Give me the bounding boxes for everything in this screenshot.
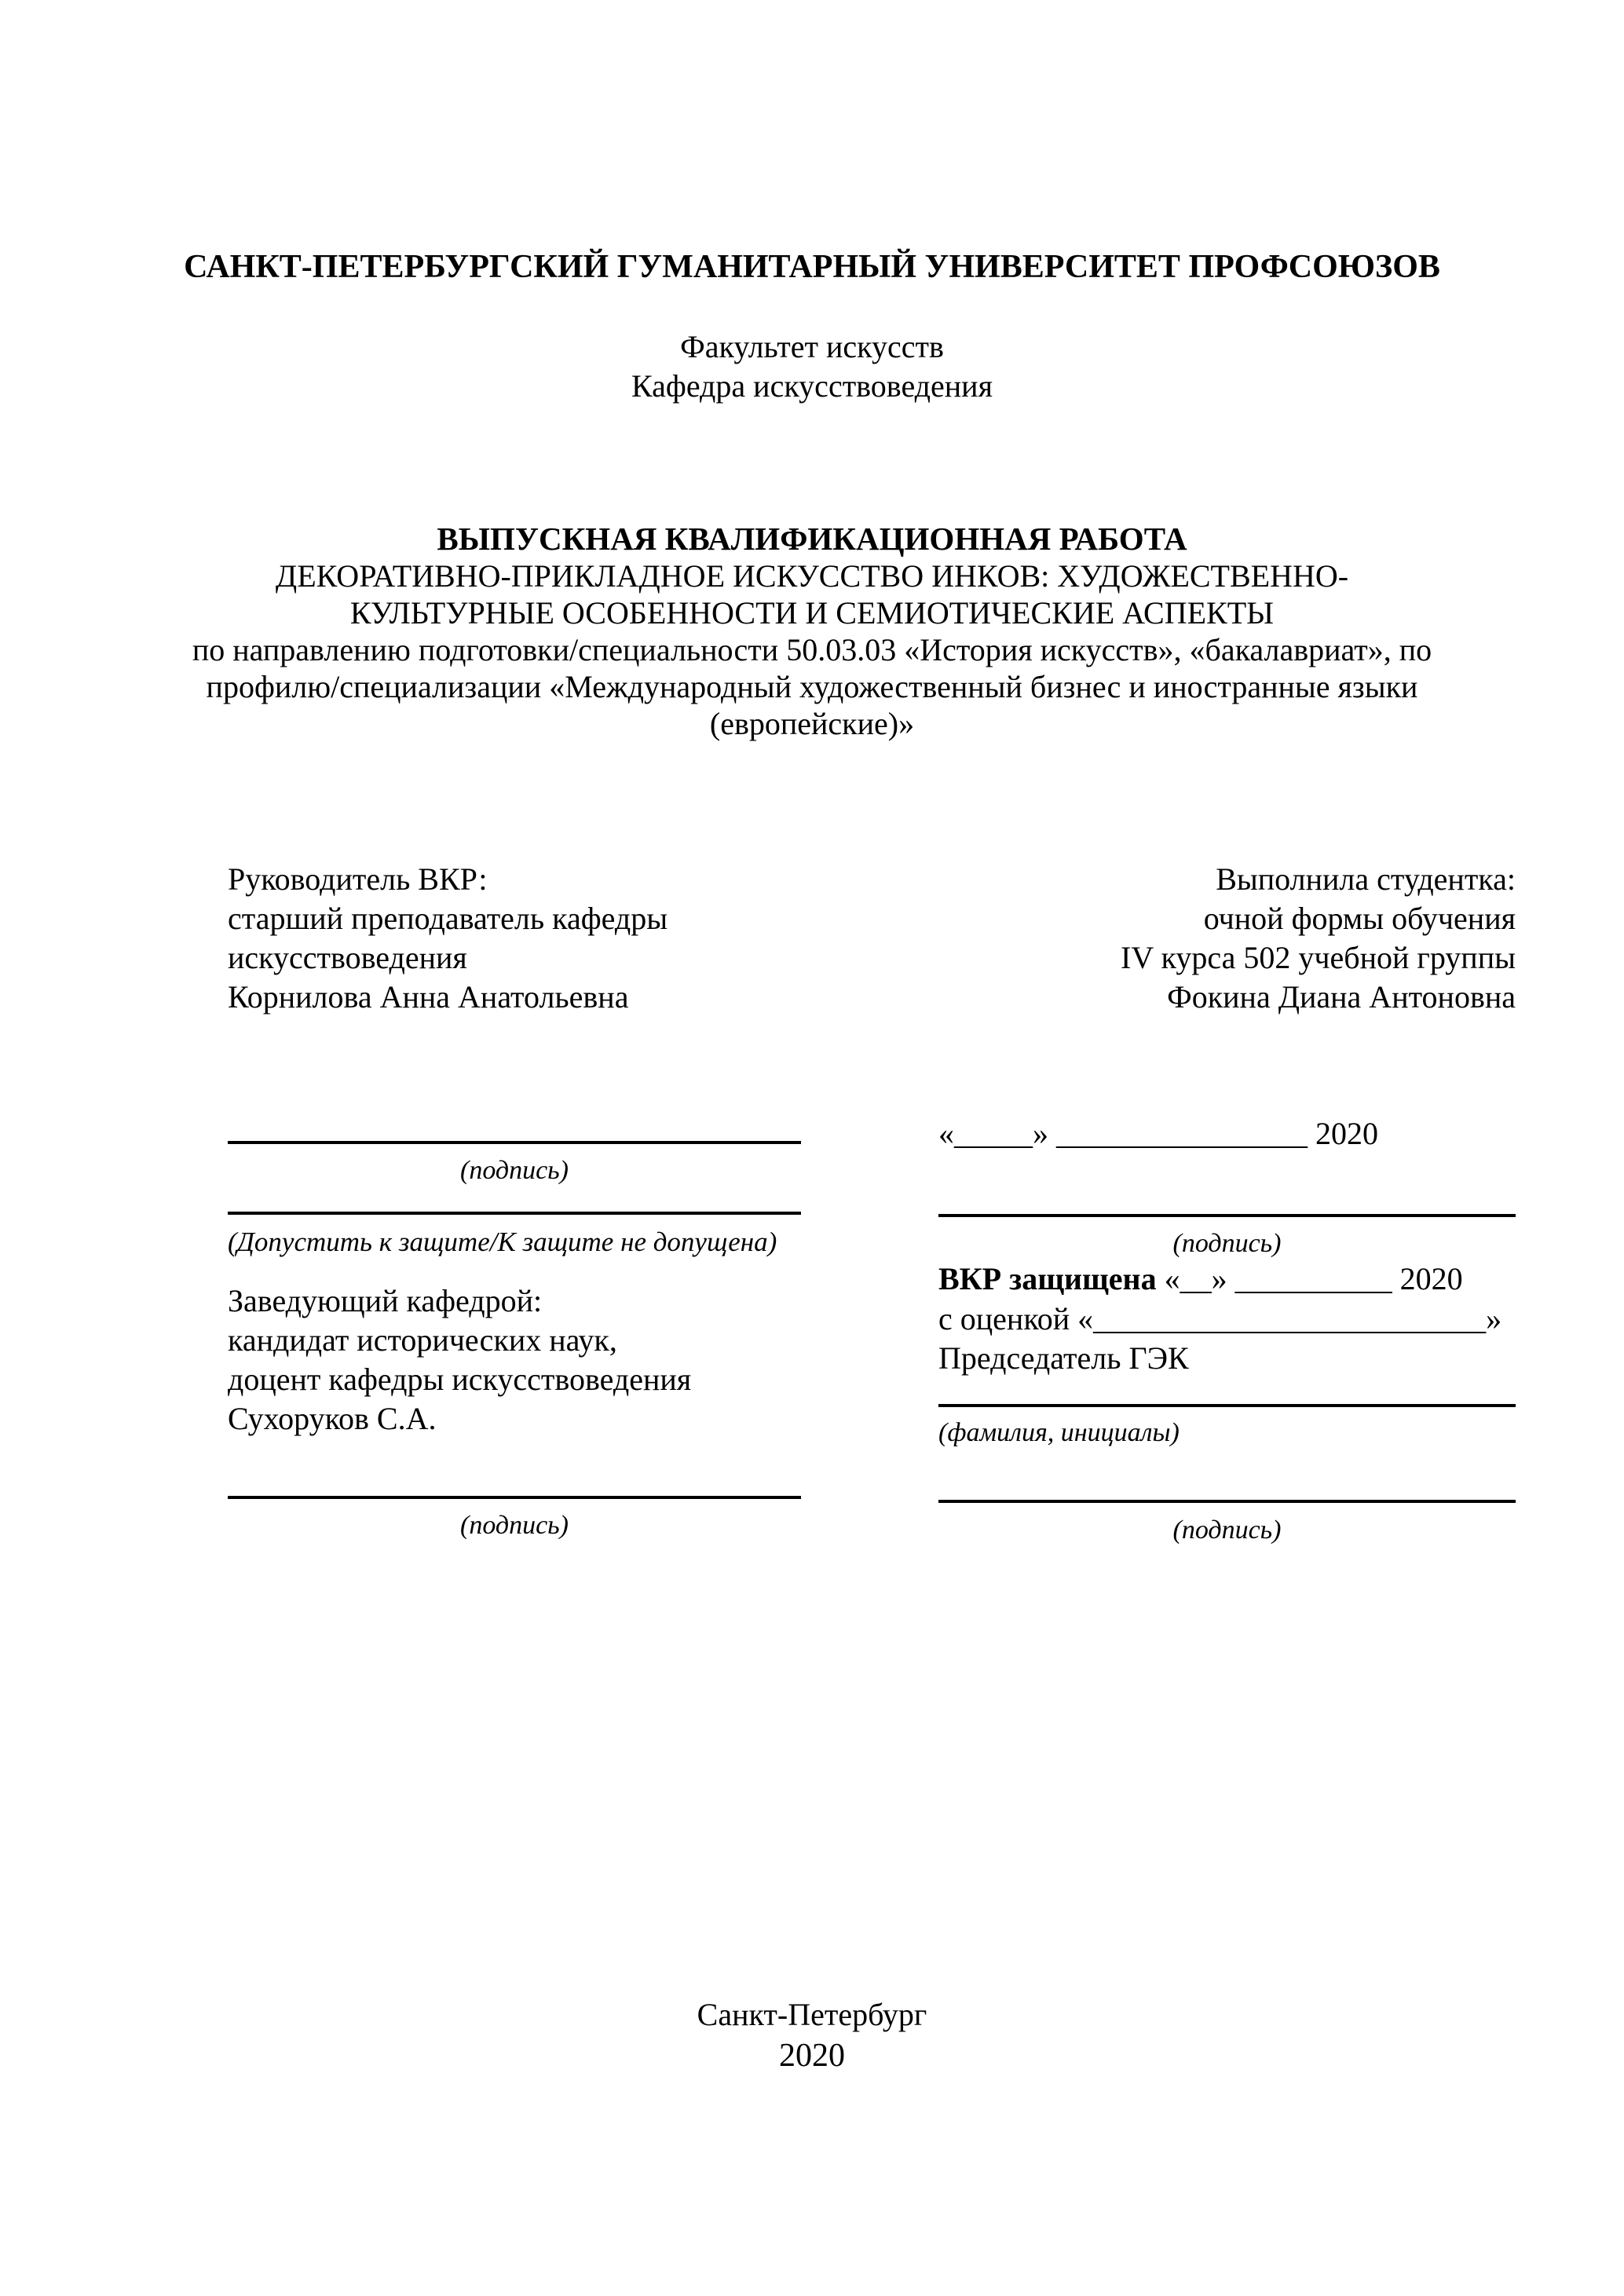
supervisor-name: Корнилова Анна Анатольевна [228, 978, 668, 1017]
supervisor-block: Руководитель ВКР: старший преподаватель … [228, 860, 668, 1017]
university-name: САНКТ-ПЕТЕРБУРГСКИЙ ГУМАНИТАРНЫЙ УНИВЕРС… [0, 248, 1624, 286]
student-info-1: очной формы обучения [785, 899, 1516, 938]
signature-caption: (подпись) [228, 1156, 801, 1186]
defended-blank: «__» __________ 2020 [1157, 1261, 1463, 1296]
head-of-department-label: Заведующий кафедрой: [228, 1281, 691, 1321]
signature-line [228, 1141, 801, 1144]
signature-caption: (подпись) [938, 1515, 1516, 1545]
defended-line: ВКР защищена «__» __________ 2020 [938, 1260, 1516, 1297]
work-title-line-1: ДЕКОРАТИВНО-ПРИКЛАДНОЕ ИСКУССТВО ИНКОВ: … [0, 558, 1624, 594]
student-label: Выполнила студентка: [785, 860, 1516, 899]
grade-line: с оценкой «_________________________» [938, 1300, 1516, 1337]
department-name: Кафедра искусствоведения [0, 367, 1624, 404]
specialty-line-1: по направлению подготовки/специальности … [0, 631, 1624, 668]
admission-caption: (Допустить к защите/К защите не допущена… [228, 1227, 840, 1258]
signature-caption: (подпись) [938, 1229, 1516, 1259]
supervisor-position-2: искусствоведения [228, 938, 668, 978]
work-type-title: ВЫПУСКНАЯ КВАЛИФИКАЦИОННАЯ РАБОТА [0, 520, 1624, 558]
student-info-2: IV курса 502 учебной группы [785, 938, 1516, 978]
signature-caption: (подпись) [228, 1511, 801, 1541]
name-caption: (фамилия, инициалы) [938, 1418, 1516, 1448]
head-position: доцент кафедры искусствоведения [228, 1360, 691, 1399]
faculty-name: Факультет искусств [0, 328, 1624, 365]
head-of-department-block: Заведующий кафедрой: кандидат историческ… [228, 1281, 691, 1439]
head-degree: кандидат исторических наук, [228, 1321, 691, 1360]
specialty-line-3: (европейские)» [0, 705, 1624, 742]
work-title-line-2: КУЛЬТУРНЫЕ ОСОБЕННОСТИ И СЕМИОТИЧЕСКИЕ А… [0, 594, 1624, 631]
head-name: Сухоруков С.А. [228, 1399, 691, 1439]
footer-year: 2020 [0, 2037, 1624, 2075]
signature-line [938, 1500, 1516, 1503]
signature-line [228, 1496, 801, 1499]
specialty-line-2: профилю/специализации «Международный худ… [0, 668, 1624, 705]
defended-label: ВКР защищена [938, 1261, 1157, 1296]
signature-line [938, 1404, 1516, 1407]
date-blank-line: «_____» ________________ 2020 [938, 1115, 1516, 1152]
student-block: Выполнила студентка: очной формы обучени… [785, 860, 1516, 1017]
supervisor-label: Руководитель ВКР: [228, 860, 668, 899]
signature-line [938, 1214, 1516, 1217]
document-page: САНКТ-ПЕТЕРБУРГСКИЙ ГУМАНИТАРНЫЙ УНИВЕРС… [0, 0, 1624, 2296]
supervisor-position-1: старший преподаватель кафедры [228, 899, 668, 938]
footer-city: Санкт-Петербург [0, 1996, 1624, 2033]
signature-line [228, 1212, 801, 1215]
chairman-label: Председатель ГЭК [938, 1340, 1516, 1377]
student-name: Фокина Диана Антоновна [785, 978, 1516, 1017]
